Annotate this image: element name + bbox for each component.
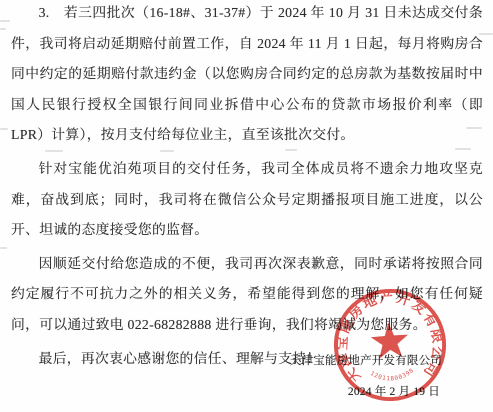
scan-artifact	[0, 20, 10, 22]
document-page: 3. 若三四批次（16-18#、31-37#）于 2024 年 10 月 31 …	[0, 0, 493, 412]
scan-artifact	[45, 150, 63, 152]
scan-artifact	[479, 33, 493, 35]
scan-artifact	[466, 127, 482, 129]
scan-artifact	[160, 150, 174, 152]
scan-artifact	[285, 149, 297, 151]
scan-artifact	[0, 247, 7, 249]
scan-artifact	[0, 128, 8, 130]
paragraph-clause-3: 3. 若三四批次（16-18#、31-37#）于 2024 年 10 月 31 …	[11, 0, 483, 151]
scan-artifact	[0, 28, 6, 30]
scan-artifact	[455, 148, 471, 150]
company-seal-stamp: 天津宝能房地产开发有限公司 120118003988	[327, 282, 453, 408]
paragraph-commitment: 针对宝能优泊苑项目的交付任务，我司全体成员将不遗余力地攻坚克难，奋战到底；同时，…	[11, 154, 483, 246]
seal-star-icon	[370, 321, 410, 359]
